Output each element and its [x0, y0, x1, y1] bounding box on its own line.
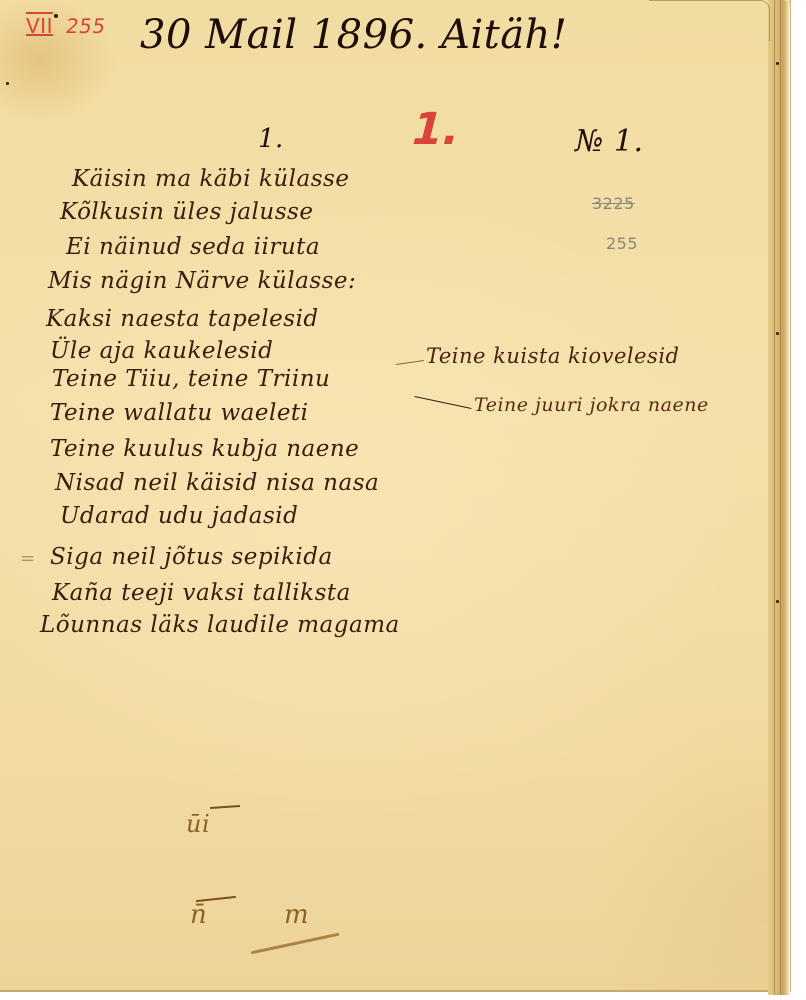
verse-line: Teine kuulus kubja naene [50, 436, 359, 462]
verse-line: Mis nägin Närve külasse: [48, 268, 356, 294]
verse-insertion: Teine juuri jokra naene [474, 394, 709, 416]
page-corner-fold [649, 0, 770, 41]
old-number-struck: 3225 [592, 194, 635, 213]
section-number: 1. [258, 124, 284, 154]
verse-line: Üle aja kaukelesid [50, 338, 273, 364]
verse-line: Kaña teeji vaksi talliksta [52, 580, 351, 606]
pen-trial-mark: m [284, 900, 309, 930]
manuscript-page: VII 255 30 Mail 1896. Aitäh! 1. 1. № 1. … [0, 0, 791, 992]
ink-speck [54, 14, 58, 18]
margin-mark: = [20, 548, 36, 569]
pen-stroke [251, 933, 340, 955]
pen-stroke [210, 805, 240, 809]
verse-line: Nisad neil käisid nisa nasa [55, 470, 379, 496]
verse-line: Ei näinud seda iiruta [66, 234, 320, 260]
verse-line: Udarad udu jadasid [60, 503, 298, 529]
verse-line: Kaksi naesta tapelesid [46, 306, 319, 332]
verse-line: Siga neil jõtus sepikida [50, 544, 333, 570]
new-number: 255 [606, 234, 638, 253]
verse-line: Teine Tiiu, teine Triinu [52, 366, 330, 392]
archive-roman: VII [26, 14, 53, 38]
verse-insertion: Teine kuista kiovelesid [426, 344, 679, 368]
verse-line: Käisin ma käbi külasse [72, 166, 349, 192]
page-title: 30 Mail 1896. Aitäh! [140, 12, 567, 58]
pen-trial-mark: n̄ [190, 900, 207, 930]
ink-speck [776, 332, 779, 335]
verse-line: Teine wallatu waeleti [50, 400, 309, 426]
red-pencil-number: 1. [406, 104, 467, 155]
pen-trial-mark: ūi [186, 810, 210, 838]
page-edge-stack [768, 0, 790, 995]
number-label: № 1. [575, 124, 644, 159]
archive-number: 255 [64, 14, 108, 38]
archive-mark: VII 255 [26, 14, 106, 38]
ink-speck [776, 62, 779, 65]
verse-line: Kõlkusin üles jalusse [60, 199, 313, 225]
ink-speck [6, 82, 9, 85]
verse-line: Lõunnas läks laudile magama [40, 612, 400, 638]
ink-speck [776, 600, 779, 603]
